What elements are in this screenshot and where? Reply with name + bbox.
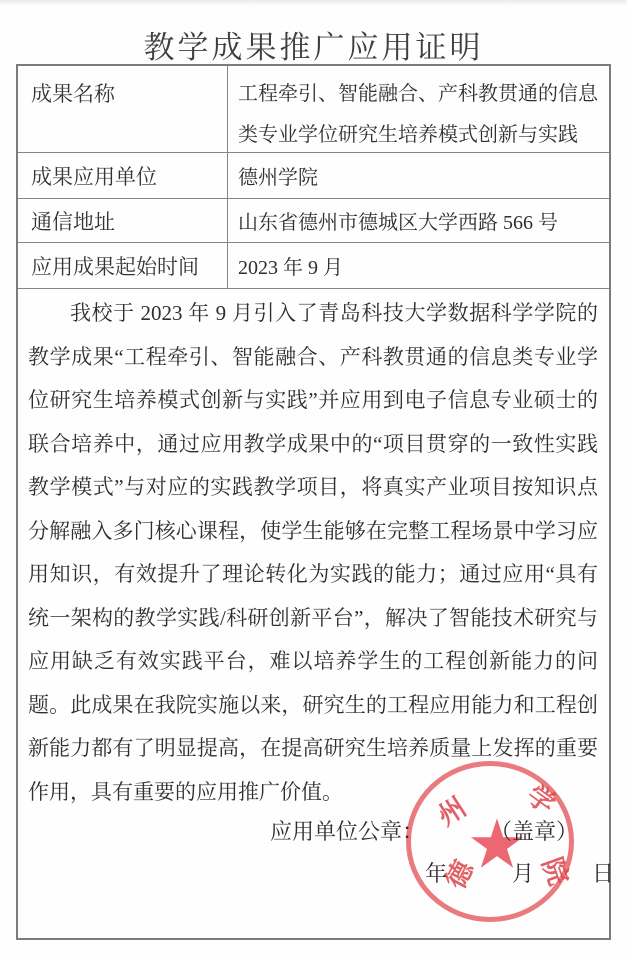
table-row: 通信地址 山东省德州市德城区大学西路 566 号 — [18, 199, 609, 243]
certificate-page: 教学成果推广应用证明 成果名称 工程牵引、智能融合、产科教贯通的信息类专业学位研… — [0, 0, 627, 961]
table-row: 应用成果起始时间 2023 年 9 月 — [18, 243, 609, 289]
mailing-address-label: 通信地址 — [18, 199, 228, 242]
start-time-label: 应用成果起始时间 — [18, 243, 228, 288]
body-paragraph: 我校于 2023 年 9 月引入了青岛科技大学数据科学学院的教学成果“工程牵引、… — [28, 292, 598, 814]
page-title: 教学成果推广应用证明 — [0, 22, 627, 67]
date-day-label: 日 — [592, 862, 614, 886]
applying-unit-label: 成果应用单位 — [18, 153, 228, 198]
start-time-value: 2023 年 9 月 — [228, 243, 609, 288]
mailing-address-value: 山东省德州市德城区大学西路 566 号 — [228, 199, 609, 242]
date-month-label: 月 — [512, 862, 534, 886]
official-seal-line-label: 应用单位公章： — [270, 820, 424, 844]
table-row: 成果名称 工程牵引、智能融合、产科教贯通的信息类专业学位研究生培养模式创新与实践 — [18, 66, 609, 153]
date-year-label: 年 — [425, 862, 447, 886]
table-row: 成果应用单位 德州学院 — [18, 153, 609, 199]
achievement-name-label: 成果名称 — [18, 66, 228, 152]
scan-edge-artifact — [0, 0, 627, 6]
seal-here-note: （盖章） — [490, 820, 578, 844]
applying-unit-value: 德州学院 — [228, 153, 609, 198]
achievement-name-value: 工程牵引、智能融合、产科教贯通的信息类专业学位研究生培养模式创新与实践 — [228, 66, 609, 152]
